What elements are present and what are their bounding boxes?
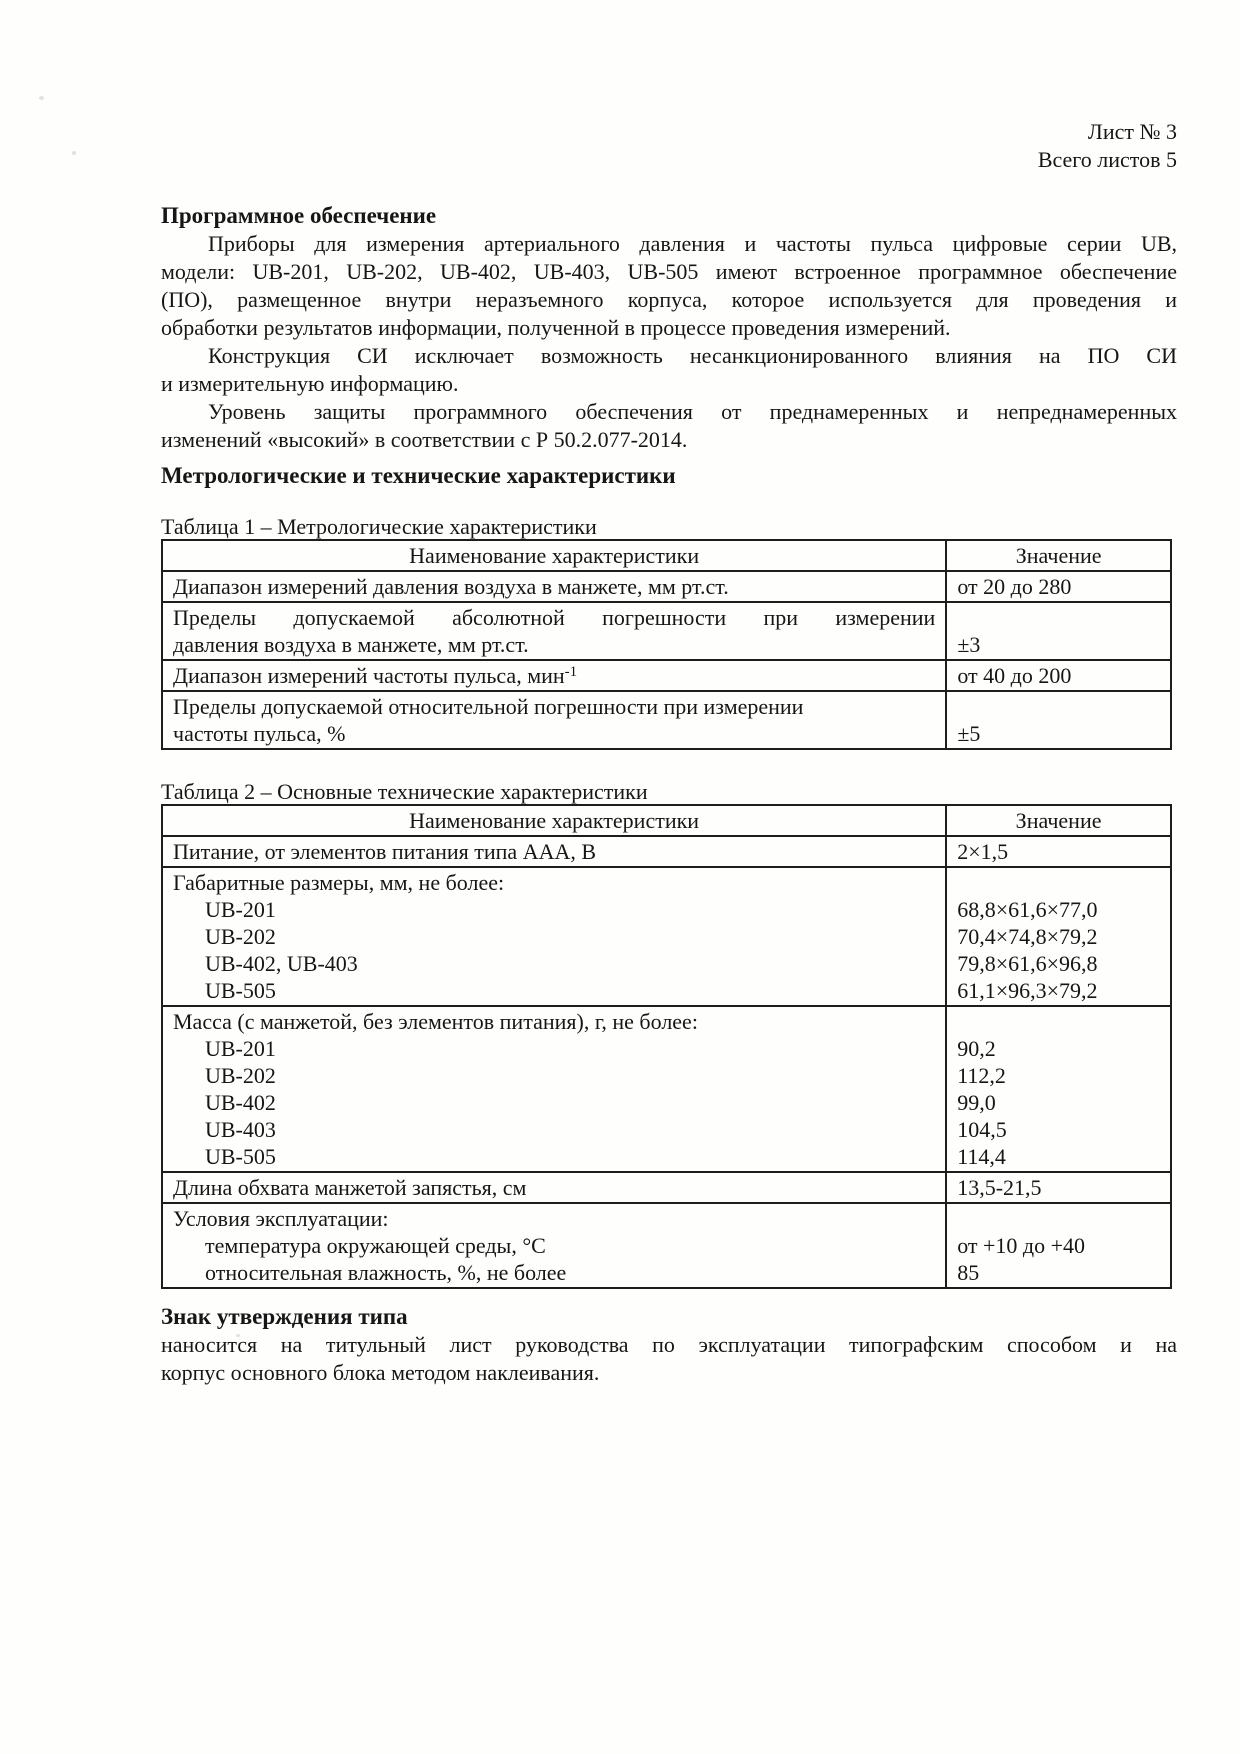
value-line: 70,4×74,8×79,2 — [957, 923, 1160, 950]
table2-technical-characteristics: Наименование характеристики Значение Пит… — [161, 804, 1172, 1289]
row-name: Длина обхвата манжетой запястья, см — [162, 1172, 946, 1203]
table2-col-header-value: Значение — [946, 805, 1171, 836]
model-line: UB-505 — [173, 1143, 935, 1170]
group-label: Масса (с манжетой, без элементов питания… — [173, 1008, 935, 1035]
superscript-exponent: -1 — [565, 664, 578, 680]
paragraph-line: обработки результатов информации, получе… — [161, 314, 1177, 342]
paragraph-line: наносится на титульный лист руководства … — [161, 1331, 1177, 1359]
value-spacer — [957, 869, 1160, 896]
row-name: Пределы допускаемой абсолютной погрешнос… — [162, 602, 946, 660]
table-row: Пределы допускаемой относительной погреш… — [162, 691, 1171, 749]
table2-col-header-name: Наименование характеристики — [162, 805, 946, 836]
model-line: UB-201 — [173, 896, 935, 923]
table1-col-header-name: Наименование характеристики — [162, 540, 946, 571]
row-value: 13,5-21,5 — [946, 1172, 1171, 1203]
row-name-line: Пределы допускаемой абсолютной погрешнос… — [173, 604, 935, 631]
paragraph-line: Конструкция СИ исключает возможность нес… — [161, 342, 1177, 370]
row-name-line: Пределы допускаемой относительной погреш… — [173, 693, 935, 720]
table1-metrological-characteristics: Наименование характеристики Значение Диа… — [161, 539, 1172, 750]
row-value: 2×1,5 — [946, 836, 1171, 867]
model-line: UB-202 — [173, 923, 935, 950]
row-value: ±3 — [946, 602, 1171, 660]
value-line: 90,2 — [957, 1035, 1160, 1062]
row-name-line: давления воздуха в манжете, мм рт.ст. — [173, 631, 935, 658]
page-content: Лист № 3 Всего листов 5 Программное обес… — [161, 0, 1177, 1387]
value-spacer — [957, 1008, 1160, 1035]
table-row-conditions: Условия эксплуатации: температура окружа… — [162, 1203, 1171, 1288]
paragraph-line: Приборы для измерения артериального давл… — [161, 230, 1177, 258]
software-paragraph-3: Уровень защиты программного обеспечения … — [161, 398, 1177, 454]
table-row: Питание, от элементов питания типа AAA, … — [162, 836, 1171, 867]
row-value: от 40 до 200 — [946, 660, 1171, 691]
group-label: Условия эксплуатации: — [173, 1205, 935, 1232]
row-name: Питание, от элементов питания типа AAA, … — [162, 836, 946, 867]
scan-artifact — [72, 151, 76, 155]
condition-line: относительная влажность, %, не более — [173, 1259, 935, 1286]
table-row: Диапазон измерений давления воздуха в ма… — [162, 571, 1171, 602]
row-name: Диапазон измерений частоты пульса, мин-1 — [162, 660, 946, 691]
row-name-line: частоты пульса, % — [173, 720, 935, 747]
table-row-mass: Масса (с манжетой, без элементов питания… — [162, 1006, 1171, 1172]
table1-col-header-value: Значение — [946, 540, 1171, 571]
scan-artifact — [39, 96, 44, 100]
sheet-number: Лист № 3 — [161, 118, 1177, 146]
paragraph-line: и измерительную информацию. — [161, 370, 1177, 398]
row-name: Габаритные размеры, мм, не более: UB-201… — [162, 867, 946, 1006]
value-line: 99,0 — [957, 1089, 1160, 1116]
value-line: 61,1×96,3×79,2 — [957, 977, 1160, 1004]
value-line: 85 — [957, 1259, 1160, 1286]
row-name: Пределы допускаемой относительной погреш… — [162, 691, 946, 749]
approval-mark-heading: Знак утверждения типа — [161, 1303, 1177, 1331]
value-spacer — [957, 1205, 1160, 1232]
table-row-dimensions: Габаритные размеры, мм, не более: UB-201… — [162, 867, 1171, 1006]
document-page: Лист № 3 Всего листов 5 Программное обес… — [0, 0, 1240, 1754]
software-paragraph-2: Конструкция СИ исключает возможность нес… — [161, 342, 1177, 398]
table-row: Диапазон измерений частоты пульса, мин-1… — [162, 660, 1171, 691]
paragraph-line: Уровень защиты программного обеспечения … — [161, 398, 1177, 426]
row-value: 68,8×61,6×77,0 70,4×74,8×79,2 79,8×61,6×… — [946, 867, 1171, 1006]
value-line: 104,5 — [957, 1116, 1160, 1143]
group-label: Габаритные размеры, мм, не более: — [173, 869, 935, 896]
value-line: 112,2 — [957, 1062, 1160, 1089]
software-section-heading: Программное обеспечение — [161, 202, 1177, 230]
software-paragraph-1: Приборы для измерения артериального давл… — [161, 230, 1177, 342]
row-value: 90,2 112,2 99,0 104,5 114,4 — [946, 1006, 1171, 1172]
row-value: ±5 — [946, 691, 1171, 749]
table1-header-row: Наименование характеристики Значение — [162, 540, 1171, 571]
total-sheets: Всего листов 5 — [161, 146, 1177, 174]
table2-caption: Таблица 2 – Основные технические характе… — [161, 780, 1177, 804]
table2-header-row: Наименование характеристики Значение — [162, 805, 1171, 836]
model-line: UB-402 — [173, 1089, 935, 1116]
table1-caption: Таблица 1 – Метрологические характеристи… — [161, 515, 1177, 539]
value-line: 79,8×61,6×96,8 — [957, 950, 1160, 977]
condition-line: температура окружающей среды, °С — [173, 1232, 935, 1259]
paragraph-line: изменений «высокий» в соответствии с Р 5… — [161, 426, 1177, 454]
model-line: UB-202 — [173, 1062, 935, 1089]
row-name-text: Диапазон измерений частоты пульса, мин — [173, 663, 565, 688]
row-name: Условия эксплуатации: температура окружа… — [162, 1203, 946, 1288]
metrology-section-heading: Метрологические и технические характерис… — [161, 462, 1177, 490]
row-value: от +10 до +40 85 — [946, 1203, 1171, 1288]
model-line: UB-201 — [173, 1035, 935, 1062]
model-line: UB-505 — [173, 977, 935, 1004]
model-line: UB-403 — [173, 1116, 935, 1143]
paragraph-line: корпус основного блока методом наклеиван… — [161, 1359, 1177, 1387]
row-name: Диапазон измерений давления воздуха в ма… — [162, 571, 946, 602]
table-row: Пределы допускаемой абсолютной погрешнос… — [162, 602, 1171, 660]
paragraph-line: модели: UB-201, UB-202, UB-402, UB-403, … — [161, 258, 1177, 286]
value-line: от +10 до +40 — [957, 1232, 1160, 1259]
value-line: 114,4 — [957, 1143, 1160, 1170]
row-value: от 20 до 280 — [946, 571, 1171, 602]
row-name: Масса (с манжетой, без элементов питания… — [162, 1006, 946, 1172]
page-header: Лист № 3 Всего листов 5 — [161, 118, 1177, 174]
value-line: 68,8×61,6×77,0 — [957, 896, 1160, 923]
table-row: Длина обхвата манжетой запястья, см 13,5… — [162, 1172, 1171, 1203]
model-line: UB-402, UB-403 — [173, 950, 935, 977]
paragraph-line: (ПО), размещенное внутри неразъемного ко… — [161, 286, 1177, 314]
approval-mark-paragraph: наносится на титульный лист руководства … — [161, 1331, 1177, 1387]
